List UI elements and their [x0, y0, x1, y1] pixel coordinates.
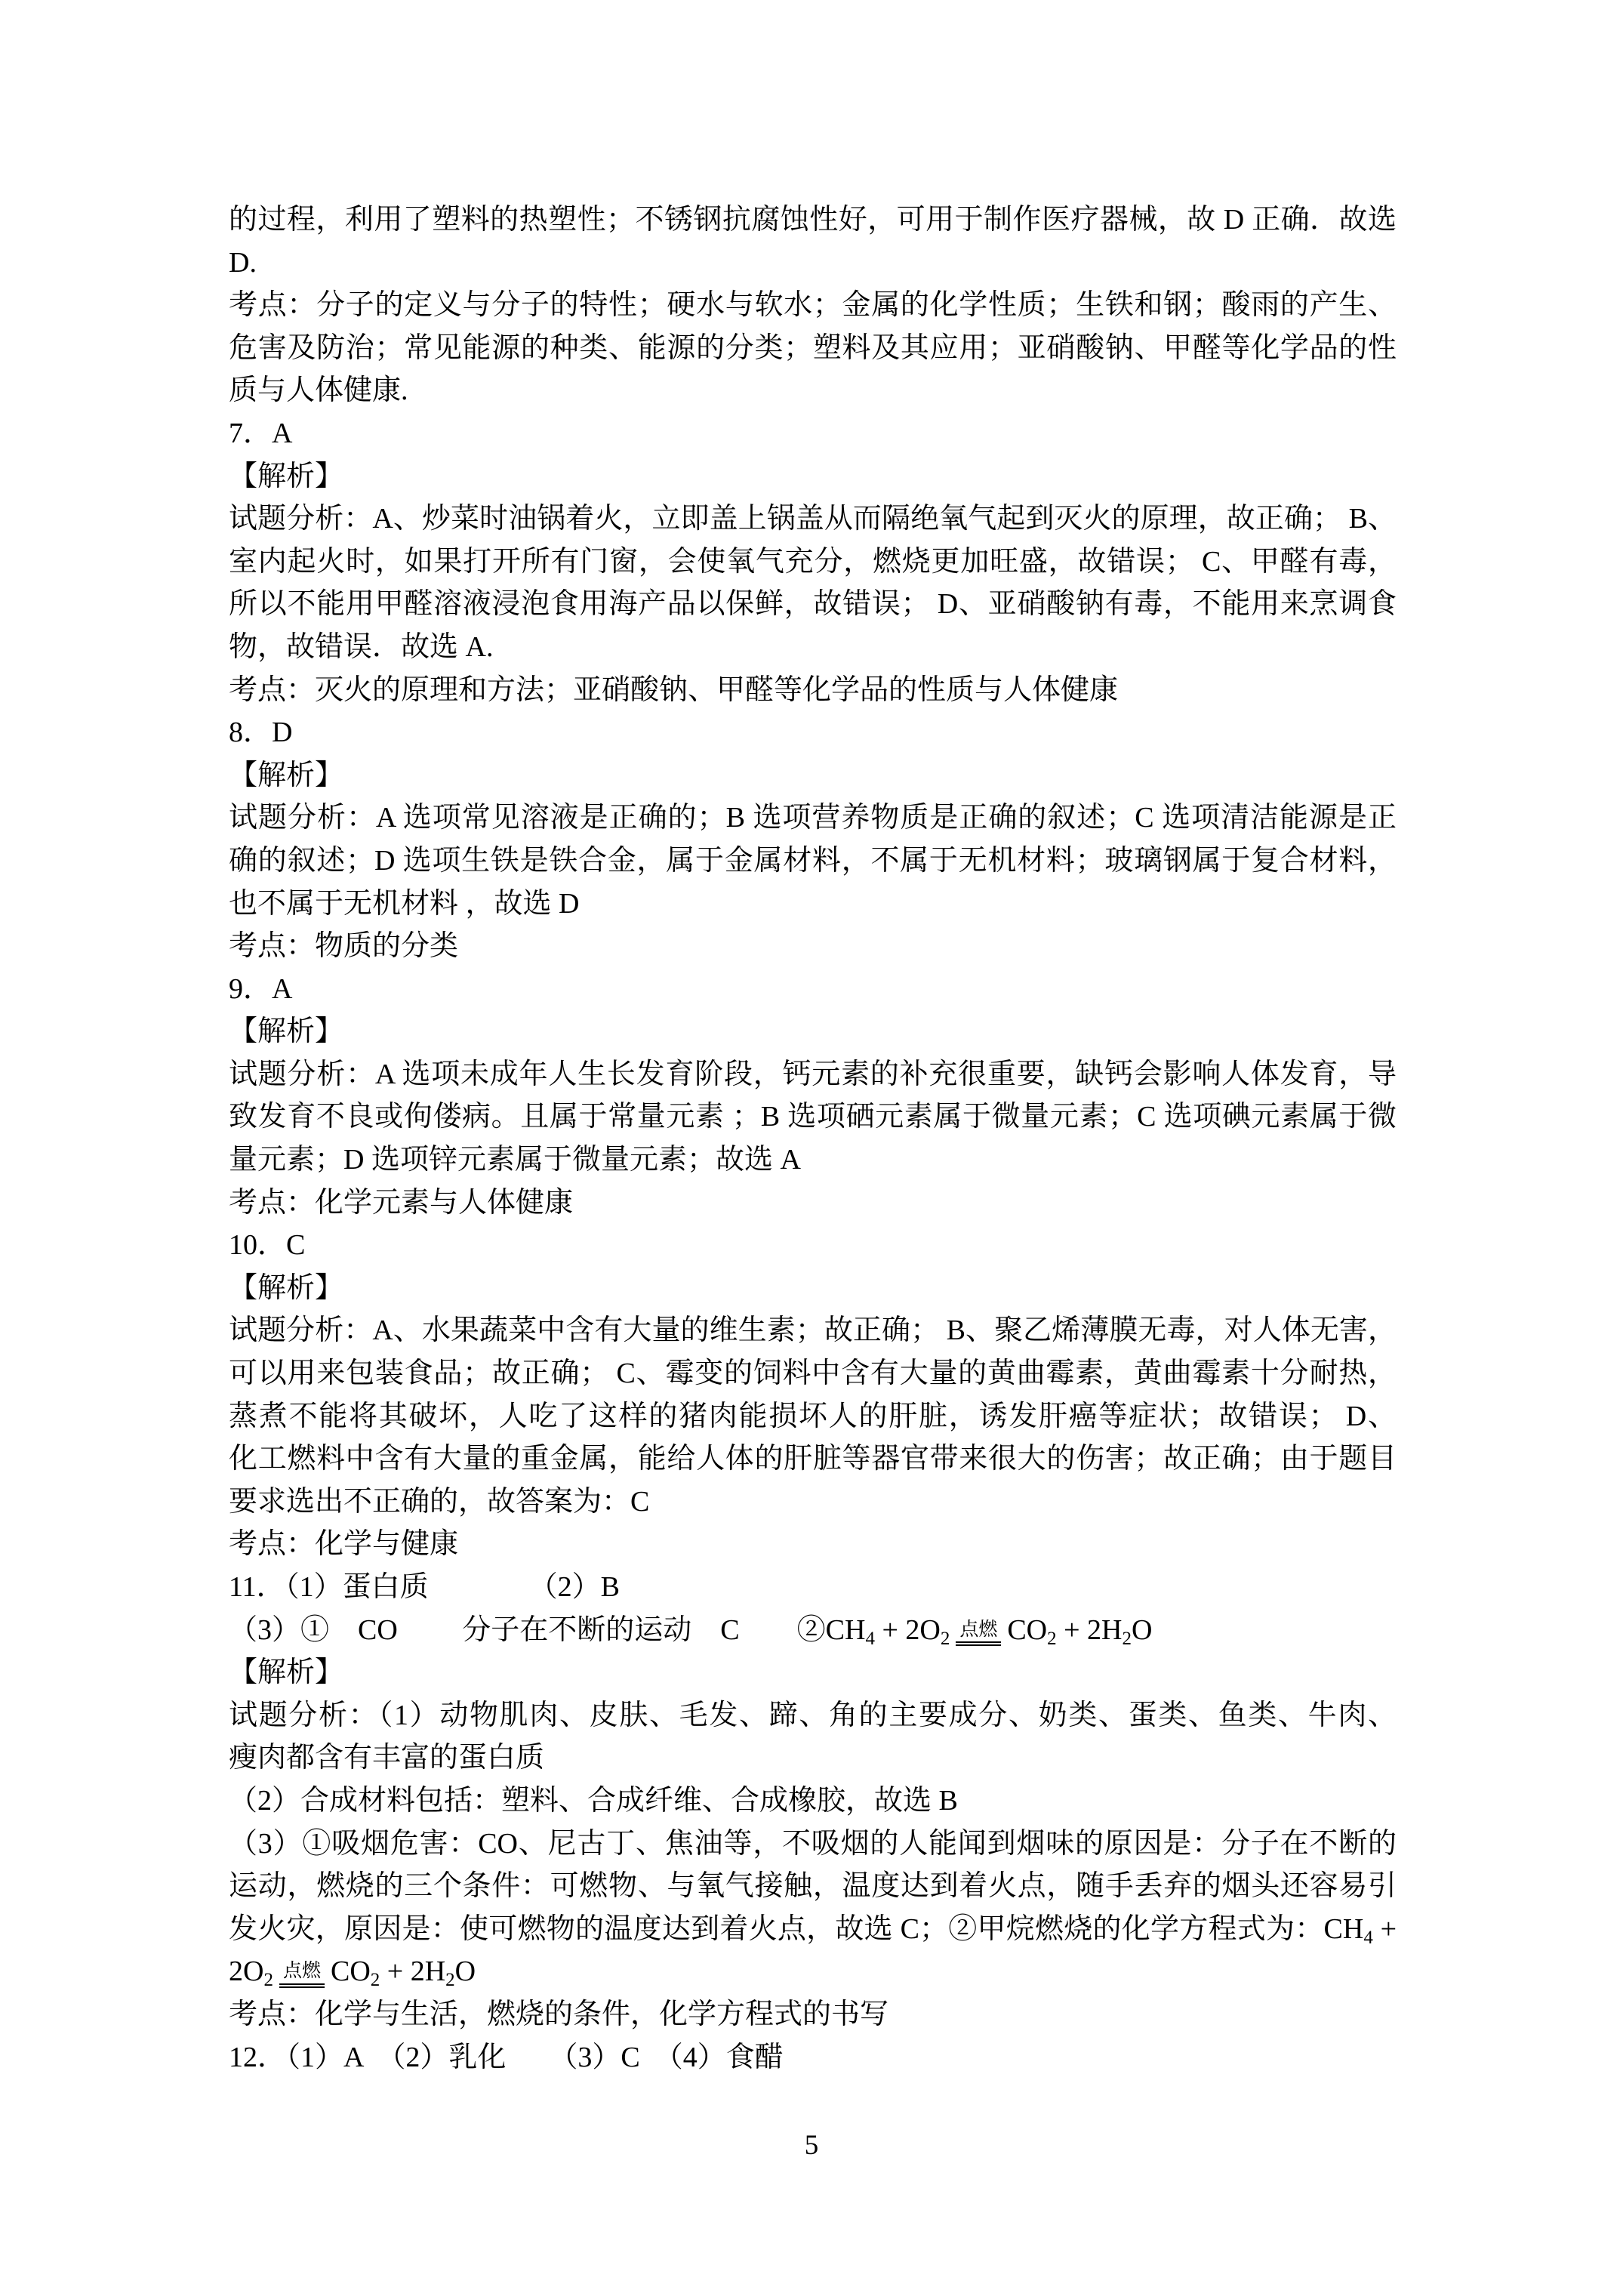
text-line: 考点：灭火的原理和方法；亚硝酸钠、甲醛等化学品的性质与人体健康	[229, 669, 1397, 712]
page-number: 5	[0, 2131, 1623, 2161]
text-line: 考点：化学与健康	[229, 1523, 1397, 1566]
text-line: 室内起火时，如果打开所有门窗，会使氧气充分，燃烧更加旺盛，故错误； C、甲醛有毒…	[229, 541, 1397, 584]
text-line: 也不属于无机材料 ，故选 D	[229, 883, 1397, 926]
text-line: 考点：物质的分类	[229, 925, 1397, 968]
text-run: +	[1373, 1913, 1397, 1945]
text-run: 发火灾，原因是：使可燃物的温度达到着火点，故选 C；②甲烷燃烧的化学方程式为：C…	[229, 1913, 1363, 1945]
text-line: 【解析】	[229, 1651, 1397, 1694]
text-line: （3）① CO 分子在不断的运动 C ②CH4 + 2O2点燃CO2 + 2H2…	[229, 1609, 1397, 1652]
text-run: 2O	[229, 1955, 263, 1987]
text-line: 量元素；D 选项锌元素属于微量元素；故选 A	[229, 1139, 1397, 1182]
text-line: 试题分析：A、炒菜时油锅着火，立即盖上锅盖从而隔绝氧气起到灭火的原理，故正确； …	[229, 498, 1397, 541]
chem-subscript: 2	[263, 1970, 273, 1990]
text-line: 试题分析：（1）动物肌肉、皮肤、毛发、蹄、角的主要成分、奶类、蛋类、鱼类、牛肉、	[229, 1694, 1397, 1737]
answer-text-block: 的过程，利用了塑料的热塑性；不锈钢抗腐蚀性好，可用于制作医疗器械，故 D 正确．…	[229, 199, 1397, 2079]
text-line: （2）合成材料包括：塑料、合成纤维、合成橡胶，故选 B	[229, 1780, 1397, 1823]
reaction-condition-ignite: 点燃	[956, 1620, 1001, 1647]
text-run: O	[1132, 1614, 1152, 1646]
text-line: 运动，燃烧的三个条件：可燃物、与氧气接触，温度达到着火点，随手丢弃的烟头还容易引	[229, 1865, 1397, 1908]
text-line: 【解析】	[229, 1010, 1397, 1053]
text-run: CO	[331, 1955, 371, 1987]
text-line: 致发育不良或佝偻病。且属于常量元素 ；B 选项硒元素属于微量元素；C 选项碘元素…	[229, 1096, 1397, 1139]
text-run: CO	[1007, 1614, 1047, 1646]
chem-subscript: 2	[941, 1629, 950, 1649]
text-line: 要求选出不正确的，故答案为：C	[229, 1481, 1397, 1524]
text-line: 物，故错误．故选 A.	[229, 626, 1397, 669]
text-line: 试题分析：A 选项未成年人生长发育阶段，钙元素的补充很重要，缺钙会影响人体发育，…	[229, 1053, 1397, 1096]
text-line: 化工燃料中含有大量的重金属，能给人体的肝脏等器官带来很大的伤害；故正确；由于题目	[229, 1438, 1397, 1481]
text-line: （3）①吸烟危害：CO、尼古丁、焦油等，不吸烟的人能闻到烟味的原因是：分子在不断…	[229, 1823, 1397, 1866]
text-line: 质与人体健康.	[229, 369, 1397, 412]
text-line: 考点：化学与生活，燃烧的条件，化学方程式的书写	[229, 1993, 1397, 2036]
document-page: 的过程，利用了塑料的热塑性；不锈钢抗腐蚀性好，可用于制作医疗器械，故 D 正确．…	[0, 0, 1623, 2296]
text-line: 【解析】	[229, 455, 1397, 498]
text-line: 2O2点燃CO2 + 2H2O	[229, 1950, 1397, 1993]
text-line: 【解析】	[229, 754, 1397, 797]
text-line: 蒸煮不能将其破坏，人吃了这样的猪肉能损坏人的肝脏，诱发肝癌等症状；故错误； D、	[229, 1395, 1397, 1438]
reaction-condition-ignite: 点燃	[279, 1961, 325, 1988]
text-line: 危害及防治；常见能源的种类、能源的分类；塑料及其应用；亚硝酸钠、甲醛等化学品的性	[229, 327, 1397, 370]
text-run: + 2H	[380, 1955, 445, 1987]
chem-subscript: 4	[865, 1629, 875, 1649]
text-line: 10．C	[229, 1224, 1397, 1267]
text-line: 发火灾，原因是：使可燃物的温度达到着火点，故选 C；②甲烷燃烧的化学方程式为：C…	[229, 1908, 1397, 1951]
text-line: 所以不能用甲醛溶液浸泡食用海产品以保鲜，故错误； D、亚硝酸钠有毒，不能用来烹调…	[229, 583, 1397, 626]
text-line: 试题分析：A 选项常见溶液是正确的；B 选项营养物质是正确的叙述；C 选项清洁能…	[229, 797, 1397, 840]
text-line: 考点：化学元素与人体健康	[229, 1182, 1397, 1225]
text-line: 考点：分子的定义与分子的特性；硬水与软水；金属的化学性质；生铁和钢；酸雨的产生、	[229, 284, 1397, 327]
text-line: 可以用来包装食品；故正确； C、霉变的饲料中含有大量的黄曲霉素，黄曲霉素十分耐热…	[229, 1352, 1397, 1395]
text-line: 瘦肉都含有丰富的蛋白质	[229, 1737, 1397, 1780]
chem-subscript: 2	[445, 1970, 455, 1990]
chem-subscript: 4	[1363, 1928, 1373, 1948]
text-run: O	[455, 1955, 476, 1987]
text-line: 7．A	[229, 412, 1397, 455]
text-run: + 2H	[1057, 1614, 1123, 1646]
chem-subscript: 2	[1047, 1629, 1057, 1649]
text-line: 9．A	[229, 968, 1397, 1011]
text-run: （3）① CO 分子在不断的运动 C ②CH	[229, 1614, 865, 1646]
text-line: 11．（1）蛋白质 （2）B	[229, 1566, 1397, 1609]
text-line: 确的叙述；D 选项生铁是铁合金，属于金属材料，不属于无机材料；玻璃钢属于复合材料…	[229, 840, 1397, 883]
text-line: 【解析】	[229, 1267, 1397, 1310]
text-line: 的过程，利用了塑料的热塑性；不锈钢抗腐蚀性好，可用于制作医疗器械，故 D 正确．…	[229, 199, 1397, 242]
text-line: 12．（1）A （2）乳化 （3）C （4）食醋	[229, 2036, 1397, 2079]
text-line: 试题分析：A、水果蔬菜中含有大量的维生素；故正确； B、聚乙烯薄膜无毒，对人体无…	[229, 1309, 1397, 1352]
text-line: 8．D	[229, 711, 1397, 754]
text-run: + 2O	[875, 1614, 941, 1646]
chem-subscript: 2	[371, 1970, 380, 1990]
chem-subscript: 2	[1123, 1629, 1132, 1649]
text-line: D.	[229, 242, 1397, 285]
